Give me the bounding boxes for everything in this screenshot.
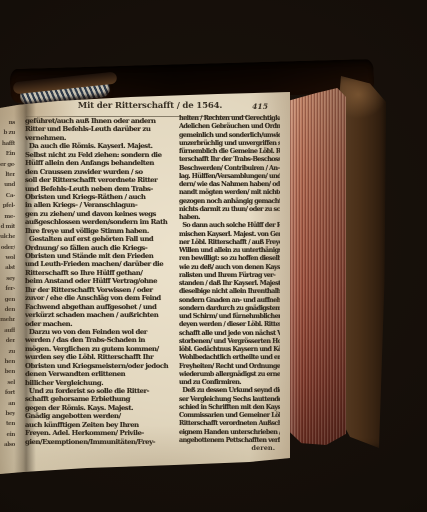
text-line: den (0, 305, 15, 315)
text-column-left: geführet/auch auß Ihnen oder andernRitte… (25, 117, 175, 446)
text-line: denen Verwandten erlittenen (25, 370, 175, 378)
text-line: auff (0, 326, 15, 336)
text-line: deyen werden / dieser Löbl. Ritter- (179, 320, 280, 328)
text-line: dern/ wie das Nahmen haben/ oder ge- (179, 180, 280, 188)
text-line: storbenen/ und Vergrösserten Hoch- (179, 337, 280, 345)
text-line: Da auch die Römis. Kayserl. Majest. (25, 142, 175, 150)
text-line: Ca- (0, 191, 15, 201)
text-line: ser Vergleichung Sechs lauttende Ab- (179, 395, 280, 403)
text-line: lter (0, 170, 15, 180)
text-line: lag. Hülffen/Versamblungen/ und an- (179, 172, 280, 180)
text-line: ns (0, 118, 15, 128)
text-line: Ritterschafft verordneten Außschussen (179, 419, 280, 427)
text-line: billicher Vergleichung. (25, 379, 175, 387)
text-line: pfel- (0, 201, 15, 211)
text-line: schafft gehorsame Erbiethung (25, 395, 175, 403)
text-line: Hülff allein den Anfangs behandelten (25, 159, 175, 167)
text-line: und Schirm/ und fürnehmblichen ge- (179, 312, 280, 320)
text-line: eignem Handen unterschrieben / und (179, 428, 280, 436)
text-line: und (0, 180, 15, 190)
running-title: Mit der Ritterschafft / de 1564. (30, 101, 270, 111)
text-line: nandt mögten werden/ mit nichten vor- (179, 188, 280, 196)
text-line: me- (0, 212, 15, 222)
text-line: sondern Gnaden an- und auffnehmen/ (179, 296, 280, 304)
text-line: und Leuth-Frieden machen/ darüber die (25, 260, 175, 268)
text-line: Adelichen Gebräuchen und Ordnungen (179, 122, 280, 130)
text-line: heiten / Rechten und Gerechtigkeiten/ (179, 114, 280, 122)
text-line: vernehmen. (25, 134, 175, 142)
text-line: außgeschlossen werden/sondern im Rath (25, 218, 175, 226)
text-line: Gestalten auf erst gehörten Fall und (25, 235, 175, 243)
text-line: So dann auch solche Hülff der Rö- (179, 221, 280, 229)
text-line: standen / daß Ihr Kayserl. Majest. (179, 279, 280, 287)
text-line: sondern dardurch zu gnädigstem Schutz (179, 304, 280, 312)
text-line: Obristen und Stände mit den Frieden (25, 252, 175, 260)
text-line: beim Anstand oder Hülff Vertrag/ohne (25, 277, 175, 285)
text-line: sey (0, 274, 15, 284)
text-line: Ritterschafft so Ihre Hülff gethan/ (25, 269, 175, 277)
text-line: Willen und allein zu unterthänigsten Eh- (179, 246, 280, 254)
text-line: in allen Kriegs- / Veranschlagun- (25, 201, 175, 209)
text-line: Ihre freye und völlige Stimm haben. (25, 227, 175, 235)
text-line: gen zu ziehen/ und davon keines wegs (25, 210, 175, 218)
open-book-page: nsb zuhafftEiner ge-lterundCa-pfel-me-d … (0, 92, 290, 474)
page-number: 415 (252, 102, 268, 111)
text-line: gegen der Römis. Kays. Majest. (25, 404, 175, 412)
text-line: ulche (0, 232, 15, 242)
text-line: verkürzt schaden machen / außrichten (25, 311, 175, 319)
text-line: Deß zu dessen Urkund seynd die- (179, 386, 280, 394)
text-line: haben. (179, 213, 280, 221)
text-line: oder/ (0, 243, 15, 253)
text-line: und Befehls-Leuth neben dem Trabs- (25, 185, 175, 193)
text-line: d mit (0, 222, 15, 232)
text-line: Commissarien und Gemeiner Löbl. (179, 411, 280, 419)
text-line: Wohlbedachtlich ertheilte und erlangte (179, 353, 280, 361)
text-line: ben (0, 367, 15, 377)
text-line: der (0, 336, 15, 346)
text-line: er ge- (0, 160, 15, 170)
text-line: Ordnung/ so fällen auch die Kriegs- (25, 244, 175, 252)
text-line: wie zu deß/ auch von denen Kays. Came- (179, 263, 280, 271)
text-column-right: heiten / Rechten und Gerechtigkeiten/Ade… (179, 114, 280, 444)
text-line: werden / das den Trabs-Schaden in (25, 336, 175, 344)
text-line: nichts darmit zu thun/ oder zu schaffen (179, 205, 280, 213)
text-line: fürnemblich die Gemeine Löbl. Rit- (179, 147, 280, 155)
text-line: gemeinlich und sonderlich/unwiderleglich… (179, 131, 280, 139)
page-header: Mit der Ritterschafft / de 1564. 415 (30, 101, 270, 113)
text-line: schafft alle und jede von nächst Ver- (179, 329, 280, 337)
text-line: fort (0, 388, 15, 398)
text-line: Beschwerden/ Contribuiren / An- (179, 164, 280, 172)
text-line: Und zu forderist so solle die Ritter- (25, 387, 175, 395)
text-line: ein (0, 430, 15, 440)
text-line: wurden sey die Löbl. Ritterschafft Ihr (25, 353, 175, 361)
text-line: Ritter und Befehls-Leuth darüber zu (25, 125, 175, 133)
text-line: gen (0, 295, 15, 305)
book-photo: nsb zuhafftEiner ge-lterundCa-pfel-me-d … (0, 0, 427, 512)
text-line: ten (0, 419, 15, 429)
text-line: Freyheiten/ Recht und Ordnungen/ (179, 362, 280, 370)
text-line: gezogen noch anhängig gemacht / oder (179, 197, 280, 205)
text-line: geführet/auch auß Ihnen oder andern (25, 117, 175, 125)
text-line: sel (0, 378, 15, 388)
text-line: wiederumb allergnädigst zu erneuern (179, 370, 280, 378)
text-line: schied in Schrifften mit den Kayserl. (179, 403, 280, 411)
text-line: mögen. Verglichen zu gutem kommen/ (25, 345, 175, 353)
text-line: Selbst nicht zu Feld ziehen: sondern die (25, 151, 175, 159)
text-line: mehr (0, 315, 15, 325)
text-line: alst (0, 263, 15, 273)
text-line: Ihr der Ritterschafft Vorwissen / oder (25, 286, 175, 294)
text-line: soll der Ritterschafft verordnete Ritter (25, 176, 175, 184)
text-line: Ein (0, 149, 15, 159)
text-line: b zu (0, 128, 15, 138)
text-line: Freyen. Adel. Herkommen/ Privile- (25, 429, 175, 437)
text-line: Fachwend abgethan auffgesohet / und (25, 303, 175, 311)
text-line: den Craussen zuwider wurden / so (25, 168, 175, 176)
text-line: terschafft Ihr der Trabs-Beschossen/ (179, 155, 280, 163)
text-line: dieselbige nicht allein Ihrenthalben zu (179, 287, 280, 295)
text-line: löbl. Gedächtnus Kaysern und Königen (179, 345, 280, 353)
text-line: unzerbrüchlig und unvergriffen seyn und (179, 139, 280, 147)
text-line: hen (0, 357, 15, 367)
text-line: gien/Exemptionen/Immunitäten/Frey- (25, 438, 175, 446)
text-line: Gnädig angebotten werden/ (25, 412, 175, 420)
text-line: fer- (0, 284, 15, 294)
text-line: an (0, 399, 15, 409)
text-line: mischen Kayserl. Majest. von Gemei- (179, 230, 280, 238)
text-line: und zu Confirmiren. (179, 378, 280, 386)
text-line: angebottenem Pettschafften verfertiget/ (179, 436, 280, 444)
text-line: zu (0, 347, 15, 357)
red-fore-edge-pages (284, 88, 346, 456)
left-page-edge-text: nsb zuhafftEiner ge-lterundCa-pfel-me-d … (0, 118, 15, 451)
text-line: bey (0, 409, 15, 419)
text-line: auch künfftigen Zeiten bey Ihren (25, 421, 175, 429)
text-line: ralisten und Ihrem Fürtrag ver- (179, 271, 280, 279)
text-line: Obristen und Kriegsmeistern/oder jedoch (25, 362, 175, 370)
text-line: Obristen und Kriegs-Räthen / auch (25, 193, 175, 201)
text-line: oder machen. (25, 320, 175, 328)
catchword: deren. (179, 444, 275, 452)
text-line: wol (0, 253, 15, 263)
text-line: zuvor / ehe die Anschläg von dem Feind (25, 294, 175, 302)
text-line: also (0, 440, 15, 450)
text-line: ren bewilligt: so zu hoffen dieselbige/ (179, 254, 280, 262)
text-line: Darzu wo von den Feinden wol der (25, 328, 175, 336)
text-line: hafft (0, 139, 15, 149)
text-line: ner Löbl. Ritterschafft / auß Freyem (179, 238, 280, 246)
